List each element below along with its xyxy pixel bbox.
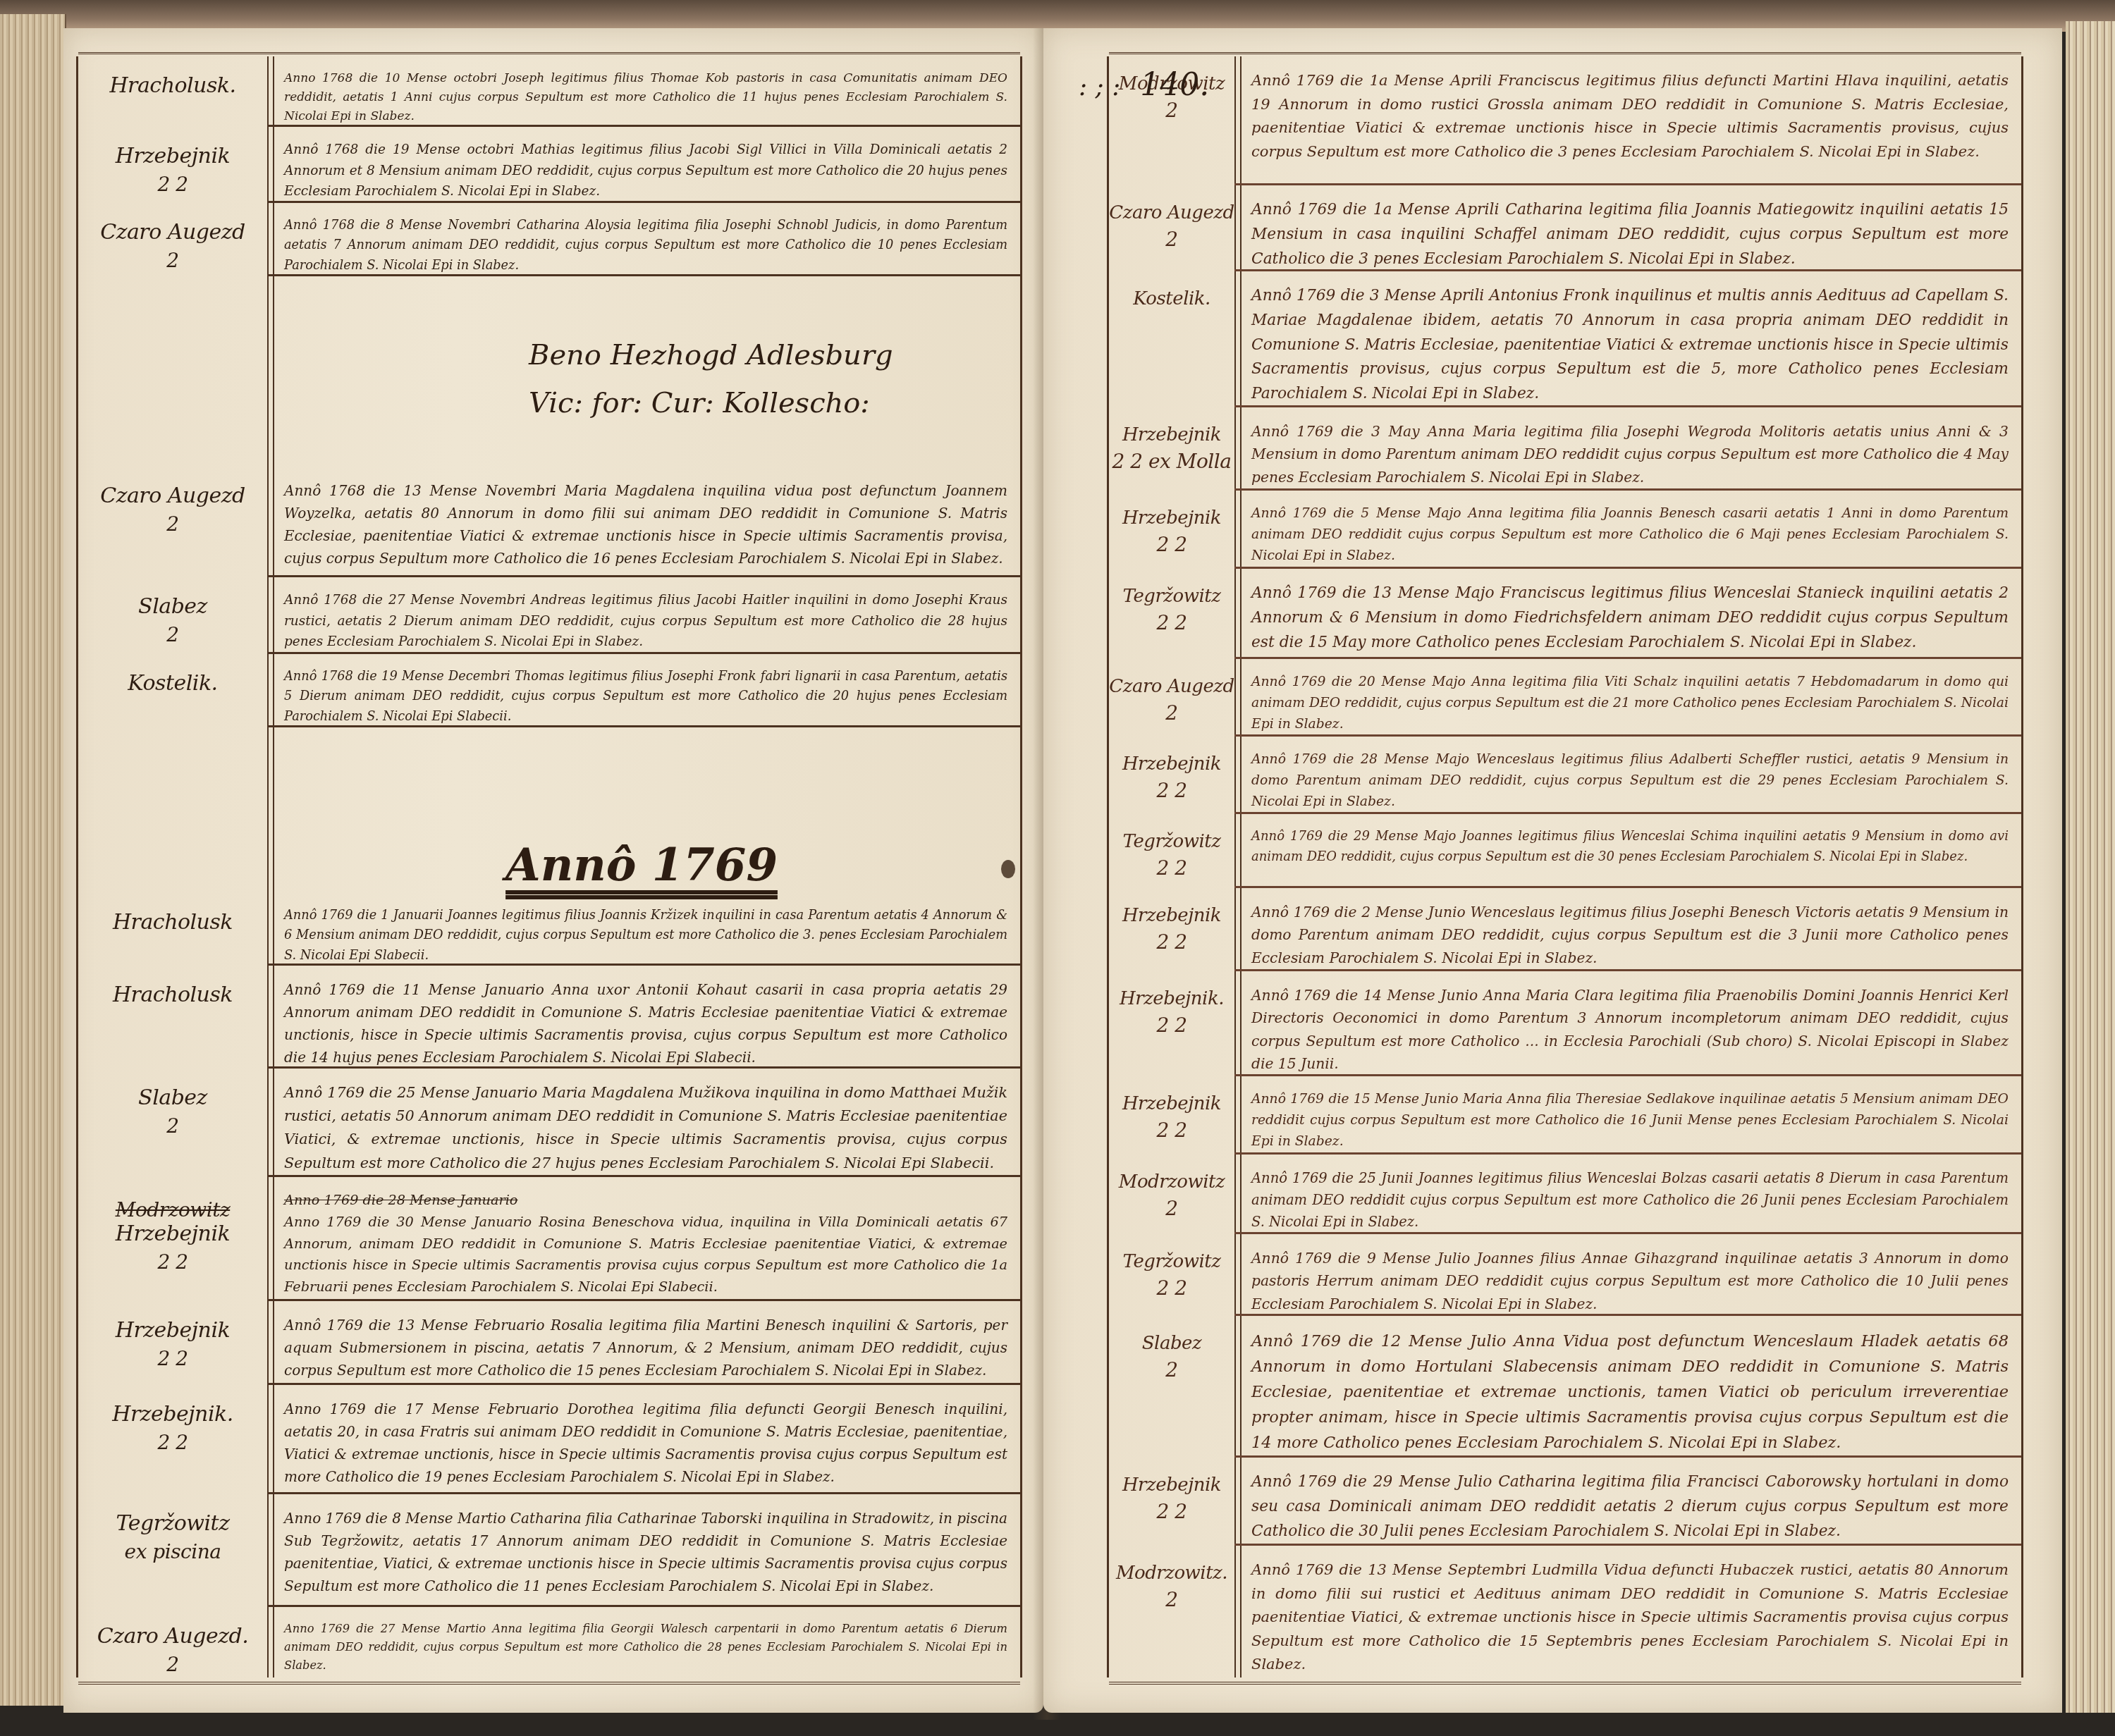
entry-body: Anno 1769 die 30 Mense Januario Rosina B… xyxy=(284,1214,1007,1295)
place-sub-label: 2 2 xyxy=(1109,856,1234,880)
place-label: Tegržowitz xyxy=(1123,1251,1221,1272)
entry-body: Annô 1768 die 27 Mense Novembri Andreas … xyxy=(284,593,1007,649)
entry-text: Annô 1769 die 13 Mense Majo Franciscus l… xyxy=(1234,569,2021,659)
entry-text: Annô 1768 die 19 Mense Decembri Thomas l… xyxy=(267,654,1020,727)
place-sub-label: 2 2 xyxy=(1109,779,1234,802)
place-sub-label: 2 2 xyxy=(1109,1119,1234,1142)
register-entry: Slabez2Annô 1768 die 27 Mense Novembri A… xyxy=(78,577,1020,654)
place-label: Hrzebejnik xyxy=(1122,905,1221,926)
struck-entry-line: Anno 1769 die 28 Mense Januario xyxy=(284,1190,1007,1212)
place-sub-label: 2 xyxy=(78,623,267,646)
register-entry: ModrzowitzHrzebejnik2 2Anno 1769 die 28 … xyxy=(78,1177,1020,1301)
register-entry: Tegržowitzex piscinaAnno 1769 die 8 Mens… xyxy=(78,1494,1020,1607)
entry-body: Annô 1769 die 1a Mense Aprili Catharina … xyxy=(1251,201,2009,268)
right-page: Modrzowitz2Annô 1769 die 1a Mense Aprili… xyxy=(1043,28,2062,1713)
register-entry: Hrzebejnik2 2Annô 1769 die 2 Mense Junio… xyxy=(1109,888,2021,971)
right-ledger-frame: Modrzowitz2Annô 1769 die 1a Mense Aprili… xyxy=(1107,56,2023,1677)
register-entry: HracholuskAnnô 1769 die 11 Mense Januari… xyxy=(78,966,1020,1069)
entry-body: Annô 1769 die 28 Mense Majo Wenceslaus l… xyxy=(1251,752,2009,809)
place-sub-label: 2 2 xyxy=(1109,1014,1234,1037)
place-label: Hrzebejnik xyxy=(1122,1475,1221,1496)
register-entry: Hrzebejnik2 2Annô 1769 die 28 Mense Majo… xyxy=(1109,737,2021,814)
place-sub-label: 2 2 xyxy=(1109,1500,1234,1523)
register-entry: Kostelik.Annô 1769 die 3 Mense Aprili An… xyxy=(1109,271,2021,407)
entry-text: Annô 1769 die 9 Mense Julio Joannes fili… xyxy=(1234,1234,2021,1316)
entry-place-name: Hrzebejnik2 2 xyxy=(1109,491,1234,569)
entry-body: Annô 1769 die 1 Januarii Joannes legitim… xyxy=(284,909,1007,963)
entry-text: Annô 1769 die 20 Mense Majo Anna legitim… xyxy=(1234,659,2021,737)
place-label: Hrzebejnik xyxy=(1122,507,1221,529)
place-label: Hrzebejnik xyxy=(1122,424,1221,445)
register-entry: Hrzebejnik2 2Annô 1768 die 19 Mense octo… xyxy=(78,127,1020,203)
entry-place-name: Czaro Augezd2 xyxy=(1109,185,1234,271)
register-entry: Modrzowitz2Annô 1769 die 25 Junii Joanne… xyxy=(1109,1155,2021,1234)
register-entry: Hracholusk.Anno 1768 die 10 Mense octobr… xyxy=(78,56,1020,127)
entry-place-name: Tegržowitzex piscina xyxy=(78,1494,267,1607)
register-entry: Czaro Augezd2Annô 1769 die 20 Mense Majo… xyxy=(1109,659,2021,737)
place-label: Hracholusk xyxy=(113,983,233,1007)
place-label: Czaro Augezd. xyxy=(97,1624,249,1649)
signature-block: Beno Hezhogd Adlesburg Vic: for: Cur: Ko… xyxy=(529,331,1022,427)
entry-place-name: Hrzebejnik2 2 xyxy=(78,127,267,203)
entry-text: Annô 1769 die 11 Mense Januario Anna uxo… xyxy=(267,966,1020,1069)
entry-text: Annô 1769 die 13 Mense Februario Rosalia… xyxy=(267,1301,1020,1385)
entry-text: Annô 1768 die 8 Mense Novembri Catharina… xyxy=(267,203,1020,276)
page-number-marks: : ; : xyxy=(1079,73,1120,101)
page-number-value: 140. xyxy=(1140,67,1209,103)
entry-text: Anno 1769 die 8 Mense Martio Catharina f… xyxy=(267,1494,1020,1607)
place-label: Czaro Augezd xyxy=(100,220,245,245)
right-entries: Modrzowitz2Annô 1769 die 1a Mense Aprili… xyxy=(1109,56,2021,1677)
entry-text: Annô 1769 die 25 Mense Januario Maria Ma… xyxy=(267,1069,1020,1177)
entry-place-name: Modrzowitz.2 xyxy=(1109,1546,1234,1677)
entry-text: Annô 1769 die 13 Mense Septembri Ludmill… xyxy=(1234,1546,2021,1677)
entry-text: Annô 1769 die 29 Mense Julio Catharina l… xyxy=(1234,1458,2021,1546)
place-label: Tegržowitz xyxy=(116,1511,230,1536)
entry-place-name: Tegržowitz2 2 xyxy=(1109,569,1234,659)
entry-place-name: Hrzebejnik.2 2 xyxy=(78,1385,267,1494)
entry-text: Annô 1769 die 1 Januarii Joannes legitim… xyxy=(267,893,1020,966)
entry-body: Anno 1769 die 27 Mense Martio Anna legit… xyxy=(284,1622,1007,1672)
place-label: Hracholusk xyxy=(113,910,233,935)
entry-text: Annô 1769 die 28 Mense Majo Wenceslaus l… xyxy=(1234,737,2021,814)
entry-body: Annô 1769 die 29 Mense Majo Joannes legi… xyxy=(1251,829,2009,864)
place-sub-label: 2 2 xyxy=(78,1431,267,1454)
place-sub-label: 2 2 xyxy=(78,173,267,196)
entry-text: Annô 1769 die 29 Mense Majo Joannes legi… xyxy=(1234,814,2021,888)
entry-place-name: Slabez2 xyxy=(1109,1316,1234,1458)
left-fore-edge xyxy=(0,14,66,1706)
register-entry: Hrzebejnik.2 2Annô 1769 die 14 Mense Jun… xyxy=(1109,971,2021,1076)
register-entry: Tegržowitz2 2Annô 1769 die 29 Mense Majo… xyxy=(1109,814,2021,888)
place-sub-label: 2 2 xyxy=(1109,611,1234,634)
place-label: Hrzebejnik xyxy=(116,1221,230,1246)
place-sub-label: 2 2 xyxy=(1109,1276,1234,1300)
place-sub-label: 2 xyxy=(78,512,267,536)
entry-body: Annô 1769 die 20 Mense Majo Anna legitim… xyxy=(1251,675,2009,732)
place-sub-label: 2 2 xyxy=(78,1347,267,1370)
place-label: Hrzebejnik. xyxy=(112,1402,233,1427)
entry-place-name: Czaro Augezd.2 xyxy=(78,1607,267,1677)
entry-body: Annô 1769 die 2 Mense Junio Wenceslaus l… xyxy=(1251,904,2009,966)
register-entry: Czaro Augezd2Annô 1768 die 8 Mense Novem… xyxy=(78,203,1020,276)
place-label: Kostelik. xyxy=(1133,288,1210,309)
left-page: Hracholusk.Anno 1768 die 10 Mense octobr… xyxy=(63,28,1043,1713)
entry-body: Anno 1769 die 8 Mense Martio Catharina f… xyxy=(284,1510,1007,1594)
entry-place-name: Hracholusk xyxy=(78,893,267,966)
entry-text: Annô 1769 die 25 Junii Joannes legitimus… xyxy=(1234,1155,2021,1234)
entry-body: Annô 1769 die 25 Junii Joannes legitimus… xyxy=(1251,1170,2009,1230)
book-spread: Hracholusk.Anno 1768 die 10 Mense octobr… xyxy=(0,0,2115,1736)
register-entry: Kostelik.Annô 1768 die 19 Mense Decembri… xyxy=(78,654,1020,727)
register-entry: Czaro Augezd.2Anno 1769 die 27 Mense Mar… xyxy=(78,1607,1020,1677)
entry-text: Anno 1769 die 27 Mense Martio Anna legit… xyxy=(267,1607,1020,1677)
register-entry: Hrzebejnik2 2Annô 1769 die 15 Mense Juni… xyxy=(1109,1076,2021,1155)
place-sub-label: ex piscina xyxy=(78,1540,267,1563)
entry-text: Annô 1768 die 13 Mense Novembri Maria Ma… xyxy=(267,467,1020,577)
place-label: Slabez xyxy=(138,1085,207,1110)
entry-place-name: Tegržowitz2 2 xyxy=(1109,814,1234,888)
entry-place-name: Hrzebejnik2 2 xyxy=(1109,1458,1234,1546)
entry-place-name: Czaro Augezd2 xyxy=(78,203,267,276)
place-label: Hrzebejnik xyxy=(1122,753,1221,775)
place-sub-label: 2 xyxy=(78,249,267,272)
register-entry: Slabez2Annô 1769 die 25 Mense Januario M… xyxy=(78,1069,1020,1177)
entry-place-name: Hrzebejnik2 2 xyxy=(1109,1076,1234,1155)
entry-body: Annô 1768 die 19 Mense octobri Mathias l… xyxy=(284,142,1007,199)
place-sub-label: 2 2 xyxy=(1109,930,1234,954)
entry-text: Annô 1769 die 14 Mense Junio Anna Maria … xyxy=(1234,971,2021,1076)
page-number: : ; : 140. xyxy=(1079,67,1209,103)
register-entry: Tegržowitz2 2Annô 1769 die 13 Mense Majo… xyxy=(1109,569,2021,659)
entry-text: Annô 1769 die 2 Mense Junio Wenceslaus l… xyxy=(1234,888,2021,971)
entry-body: Annô 1769 die 3 May Anna Maria legitima … xyxy=(1251,423,2009,486)
entry-body: Annô 1769 die 25 Mense Januario Maria Ma… xyxy=(284,1084,1007,1171)
right-fore-edge xyxy=(2066,21,2115,1713)
book-top-edge xyxy=(0,0,2115,32)
entry-text: Annô 1769 die 15 Mense Junio Maria Anna … xyxy=(1234,1076,2021,1155)
entry-place-name: Hrzebejnik2 2 xyxy=(1109,737,1234,814)
entry-body: Annô 1769 die 3 Mense Aprili Antonius Fr… xyxy=(1251,287,2009,402)
entry-place-name: Hracholusk xyxy=(78,966,267,1069)
place-label: Slabez xyxy=(138,594,207,619)
bottom-rule xyxy=(1109,1679,2021,1685)
entry-body: Annô 1769 die 1a Mense Aprili Franciscus… xyxy=(1251,72,2009,160)
place-label: Slabez xyxy=(1142,1333,1201,1354)
place-sub-label: 2 2 xyxy=(1109,533,1234,556)
register-entry: Modrzowitz2Annô 1769 die 1a Mense Aprili… xyxy=(1109,56,2021,185)
entry-place-name: Hrzebejnik2 2 ex Molla xyxy=(1109,407,1234,491)
place-sub-label: 2 xyxy=(1109,228,1234,251)
place-label: Hrzebejnik xyxy=(1122,1093,1221,1114)
place-label: Hrzebejnik xyxy=(116,144,230,168)
struck-place-name: Modrzowitz xyxy=(78,1198,267,1221)
entry-body: Annô 1769 die 12 Mense Julio Anna Vidua … xyxy=(1251,1332,2009,1452)
register-entry: Modrzowitz.2Annô 1769 die 13 Mense Septe… xyxy=(1109,1546,2021,1677)
entry-text: Annô 1768 die 27 Mense Novembri Andreas … xyxy=(267,577,1020,654)
place-label: Modrzowitz xyxy=(1119,1171,1225,1193)
entry-body: Annô 1769 die 11 Mense Januario Anna uxo… xyxy=(284,981,1007,1066)
place-label: Kostelik. xyxy=(128,671,217,696)
entry-place-name: Slabez2 xyxy=(78,577,267,654)
year-heading: Annô 1769 xyxy=(430,839,853,892)
place-sub-label: 2 xyxy=(78,1653,267,1676)
register-entry: HracholuskAnnô 1769 die 1 Januarii Joann… xyxy=(78,893,1020,966)
entry-place-name: Czaro Augezd2 xyxy=(1109,659,1234,737)
place-sub-label: 2 xyxy=(1109,1588,1234,1611)
entry-text: Annô 1769 die 1a Mense Aprili Franciscus… xyxy=(1234,56,2021,185)
entry-body: Annô 1769 die 5 Mense Majo Anna legitima… xyxy=(1251,506,2009,563)
entry-place-name: Hrzebejnik2 2 xyxy=(78,1301,267,1385)
entry-text: Anno 1769 die 17 Mense Februario Dorothe… xyxy=(267,1385,1020,1494)
entry-place-name: Hrzebejnik2 2 xyxy=(1109,888,1234,971)
entry-body: Annô 1769 die 15 Mense Junio Maria Anna … xyxy=(1251,1092,2009,1149)
entry-text: Annô 1769 die 3 May Anna Maria legitima … xyxy=(1234,407,2021,491)
entry-place-name: Kostelik. xyxy=(1109,271,1234,407)
entry-text: Annô 1769 die 3 Mense Aprili Antonius Fr… xyxy=(1234,271,2021,407)
place-sub-label: 2 xyxy=(1109,1358,1234,1381)
entry-body: Anno 1769 die 17 Mense Februario Dorothe… xyxy=(284,1401,1007,1485)
entry-place-name: Hracholusk. xyxy=(78,56,267,127)
signature-line-2: Vic: for: Cur: Kollescho: xyxy=(529,379,1022,427)
place-label: Hrzebejnik. xyxy=(1120,988,1224,1009)
place-sub-label: 2 2 xyxy=(78,1250,267,1274)
place-sub-label: 2 xyxy=(1109,701,1234,725)
entry-body: Annô 1768 die 19 Mense Decembri Thomas l… xyxy=(284,670,1007,724)
place-label: Tegržowitz xyxy=(1123,831,1221,852)
entry-body: Annô 1769 die 14 Mense Junio Anna Maria … xyxy=(1251,987,2009,1072)
register-entry: Hrzebejnik.2 2Anno 1769 die 17 Mense Feb… xyxy=(78,1385,1020,1494)
register-entry: Slabez2Annô 1769 die 12 Mense Julio Anna… xyxy=(1109,1316,2021,1458)
entry-body: Annô 1769 die 29 Mense Julio Catharina l… xyxy=(1251,1473,2009,1540)
entry-body: Annô 1769 die 9 Mense Julio Joannes fili… xyxy=(1251,1250,2009,1312)
place-label: Czaro Augezd xyxy=(1109,202,1234,223)
entry-body: Annô 1768 die 8 Mense Novembri Catharina… xyxy=(284,218,1007,273)
place-sub-label: 2 xyxy=(78,1114,267,1138)
entry-body: Anno 1768 die 10 Mense octobri Joseph le… xyxy=(284,71,1007,123)
entry-text: Annô 1768 die 19 Mense octobri Mathias l… xyxy=(267,127,1020,203)
entry-place-name: Slabez2 xyxy=(78,1069,267,1177)
entry-text: Annô 1769 die 12 Mense Julio Anna Vidua … xyxy=(1234,1316,2021,1458)
entry-text: Annô 1769 die 5 Mense Majo Anna legitima… xyxy=(1234,491,2021,569)
place-label: Czaro Augezd xyxy=(100,484,245,508)
entry-place-name: Czaro Augezd2 xyxy=(78,467,267,577)
place-sub-label: 2 xyxy=(1109,1197,1234,1220)
place-label: Tegržowitz xyxy=(1123,586,1221,607)
register-entry: Hrzebejnik2 2Annô 1769 die 13 Mense Febr… xyxy=(78,1301,1020,1385)
entry-text: Anno 1769 die 28 Mense JanuarioAnno 1769… xyxy=(267,1177,1020,1301)
place-label: Czaro Augezd xyxy=(1109,676,1234,697)
place-label: Hrzebejnik xyxy=(116,1318,230,1343)
place-label: Modrzowitz. xyxy=(1116,1563,1227,1584)
register-entry: Hrzebejnik2 2Annô 1769 die 29 Mense Juli… xyxy=(1109,1458,2021,1546)
place-label: Hracholusk. xyxy=(109,73,235,98)
entry-place-name: Modrzowitz2 xyxy=(1109,1155,1234,1234)
entry-body: Annô 1769 die 13 Mense Septembri Ludmill… xyxy=(1251,1561,2009,1673)
register-entry: Hrzebejnik2 2 ex MollaAnnô 1769 die 3 Ma… xyxy=(1109,407,2021,491)
register-entry: Czaro Augezd2Annô 1769 die 1a Mense Apri… xyxy=(1109,185,2021,271)
bottom-rule xyxy=(78,1679,1020,1685)
entry-body: Annô 1769 die 13 Mense Majo Franciscus l… xyxy=(1251,584,2009,651)
register-entry: Czaro Augezd2Annô 1768 die 13 Mense Nove… xyxy=(78,467,1020,577)
entry-body: Annô 1769 die 13 Mense Februario Rosalia… xyxy=(284,1317,1007,1379)
entry-place-name: ModrzowitzHrzebejnik2 2 xyxy=(78,1177,267,1301)
entry-place-name: Hrzebejnik.2 2 xyxy=(1109,971,1234,1076)
ink-blot xyxy=(1001,860,1015,878)
signature-line-1: Beno Hezhogd Adlesburg xyxy=(529,331,1022,379)
entry-place-name: Kostelik. xyxy=(78,654,267,727)
entry-text: Anno 1768 die 10 Mense octobri Joseph le… xyxy=(267,56,1020,127)
entry-body: Annô 1768 die 13 Mense Novembri Maria Ma… xyxy=(284,482,1007,567)
entry-place-name: Tegržowitz2 2 xyxy=(1109,1234,1234,1316)
place-sub-label: 2 2 ex Molla xyxy=(1109,450,1234,473)
register-entry: Hrzebejnik2 2Annô 1769 die 5 Mense Majo … xyxy=(1109,491,2021,569)
entry-text: Annô 1769 die 1a Mense Aprili Catharina … xyxy=(1234,185,2021,271)
register-entry: Tegržowitz2 2Annô 1769 die 9 Mense Julio… xyxy=(1109,1234,2021,1316)
